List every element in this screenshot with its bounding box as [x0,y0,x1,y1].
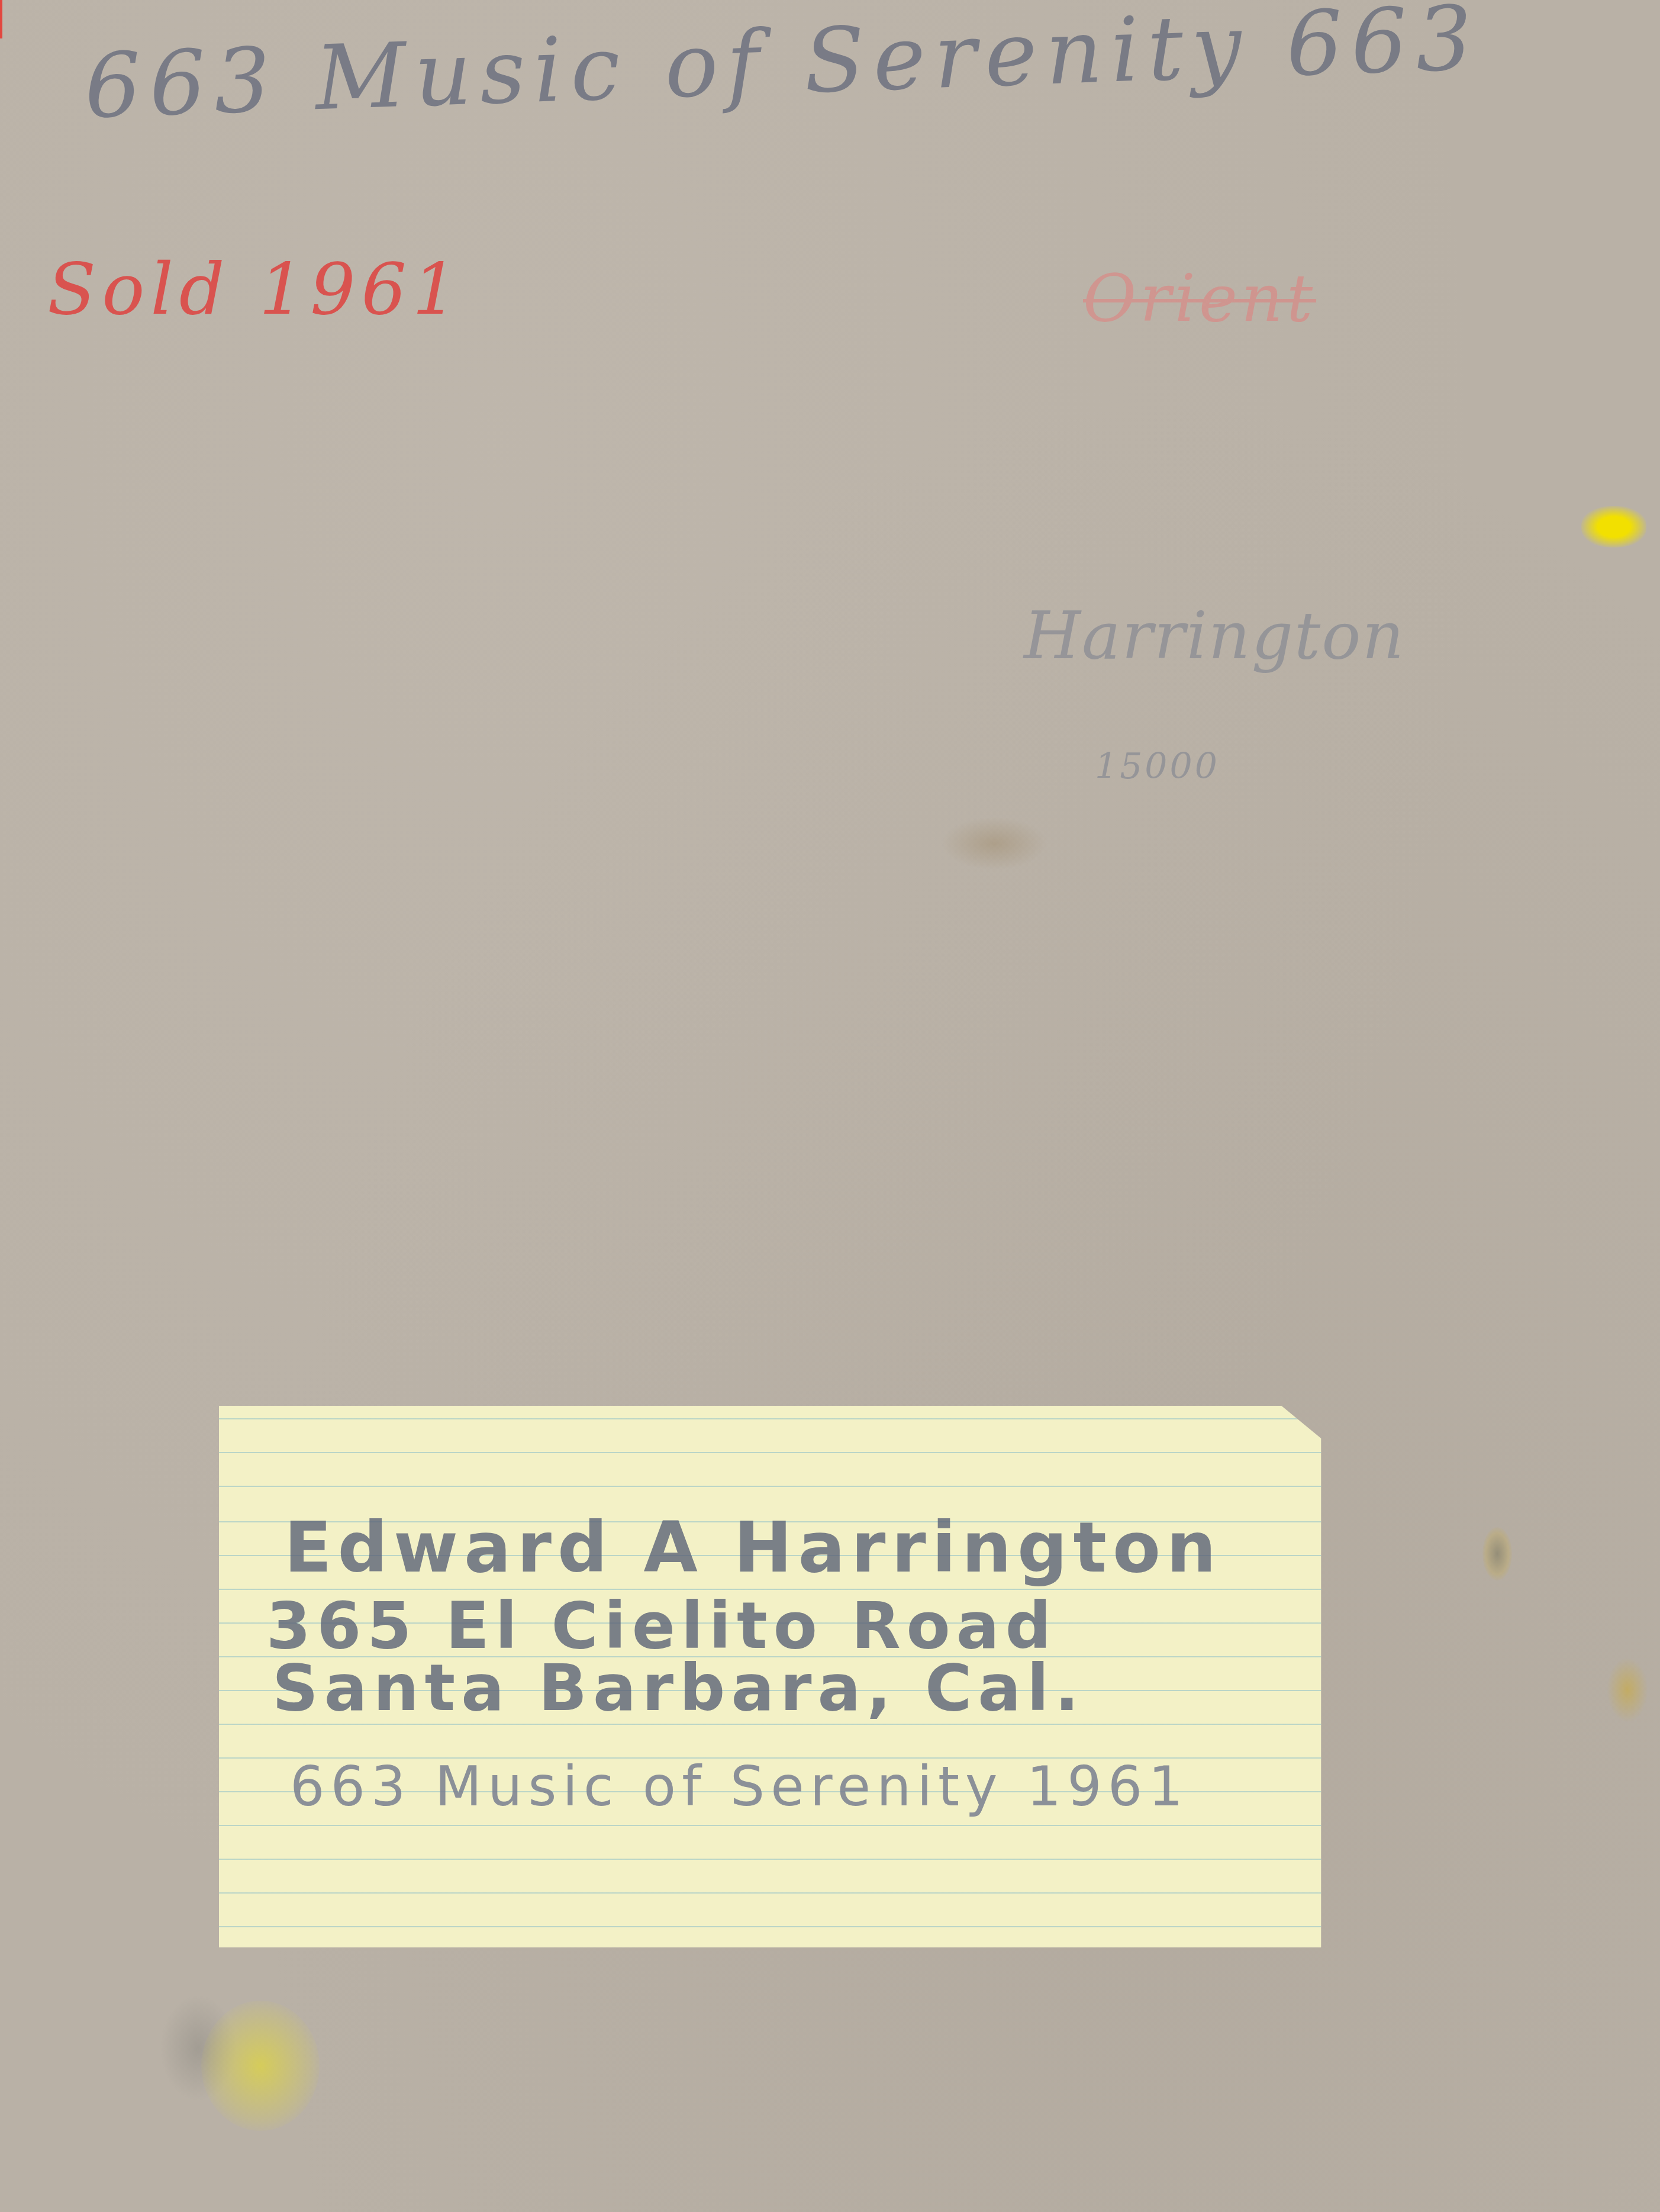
ochre-smudge [1607,1657,1648,1722]
pigment-smudge [1482,1527,1512,1580]
artwork-backboard: 663 Music of Serenity 663 Sold 1961 Orie… [0,0,1660,2212]
label-artist-name: Edward A Harrington [284,1506,1222,1588]
inscription-number: 15000 [1095,746,1220,787]
brown-stain [941,817,1047,870]
yellow-paint-smudge [1581,506,1646,548]
red-edge-mark [0,0,2,38]
inscription-crossed-out-red: Orient [1083,260,1316,336]
inscription-title-pencil: 663 Music of Serenity 663 [83,0,1482,139]
lined-paper-label: Edward A Harrington 365 El Cielito Road … [219,1406,1349,1947]
label-city: Santa Barbara, Cal. [272,1651,1085,1725]
signature-harrington: Harrington [1024,598,1405,674]
yellow-pastel-smudge [201,2001,320,2131]
label-work-title: 663 Music of Serenity 1961 [290,1755,1189,1818]
inscription-sold-red: Sold 1961 [47,249,463,331]
